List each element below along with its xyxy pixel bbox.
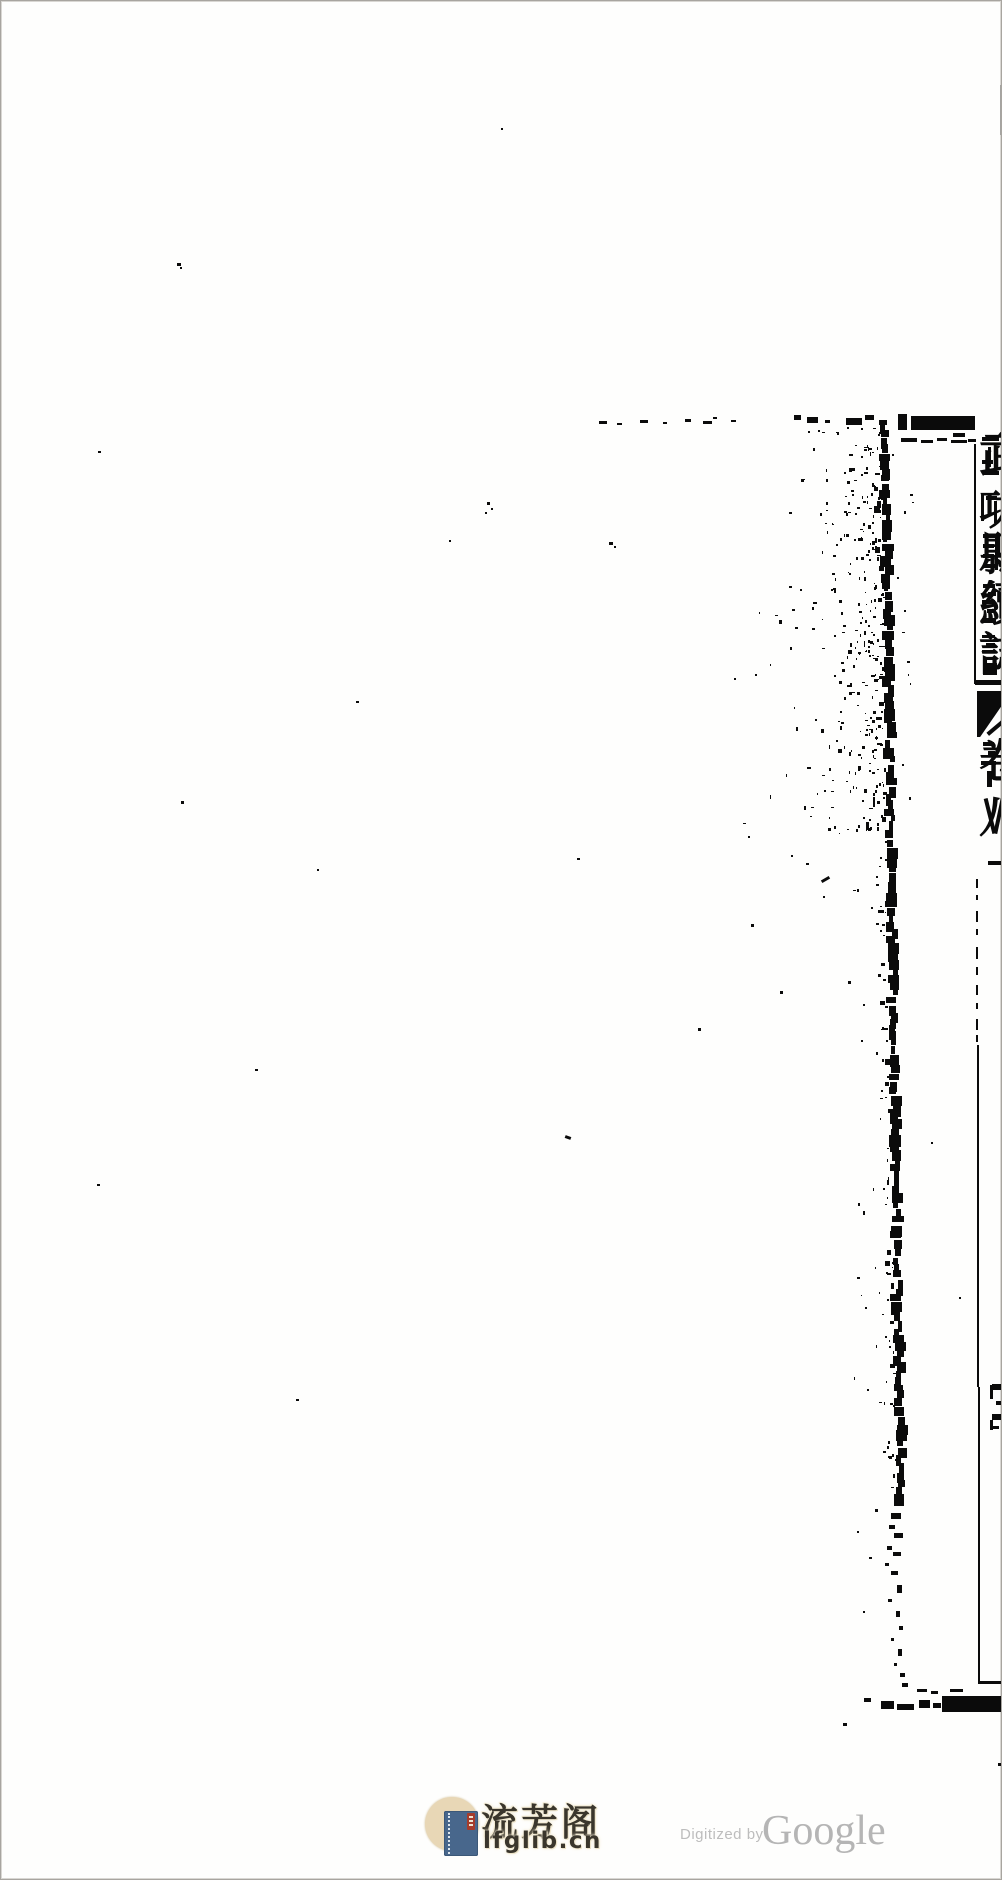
lfglib-watermark: 流芳阁 lfglib.cn xyxy=(419,1789,679,1859)
lfglib-logo-circle xyxy=(425,1797,479,1851)
spine-volume-char-1: 卷 xyxy=(979,738,1002,790)
spine-title-char-3: 縣 xyxy=(979,531,1002,579)
lfglib-domain-text: lfglib.cn xyxy=(483,1828,602,1854)
book-stitch-dots xyxy=(448,1813,450,1854)
scanned-book-page: 武 功 縣 續 誌 卷 八 流芳阁 lfglib.cn Digitized by… xyxy=(0,0,1002,1880)
spine-volume-char-2: 八 xyxy=(979,793,1002,845)
stitched-book-icon xyxy=(444,1811,478,1856)
spine-title-char-5: 誌 xyxy=(979,631,1002,679)
spine-title-char-1: 武 xyxy=(979,431,1002,485)
digitized-by-label: Digitized by xyxy=(680,1826,764,1843)
spine-title-char-2: 功 xyxy=(979,488,1002,532)
book-title-label xyxy=(467,1813,475,1830)
spine-title-char-4: 續 xyxy=(979,580,1002,630)
google-logo: Google xyxy=(762,1807,886,1855)
